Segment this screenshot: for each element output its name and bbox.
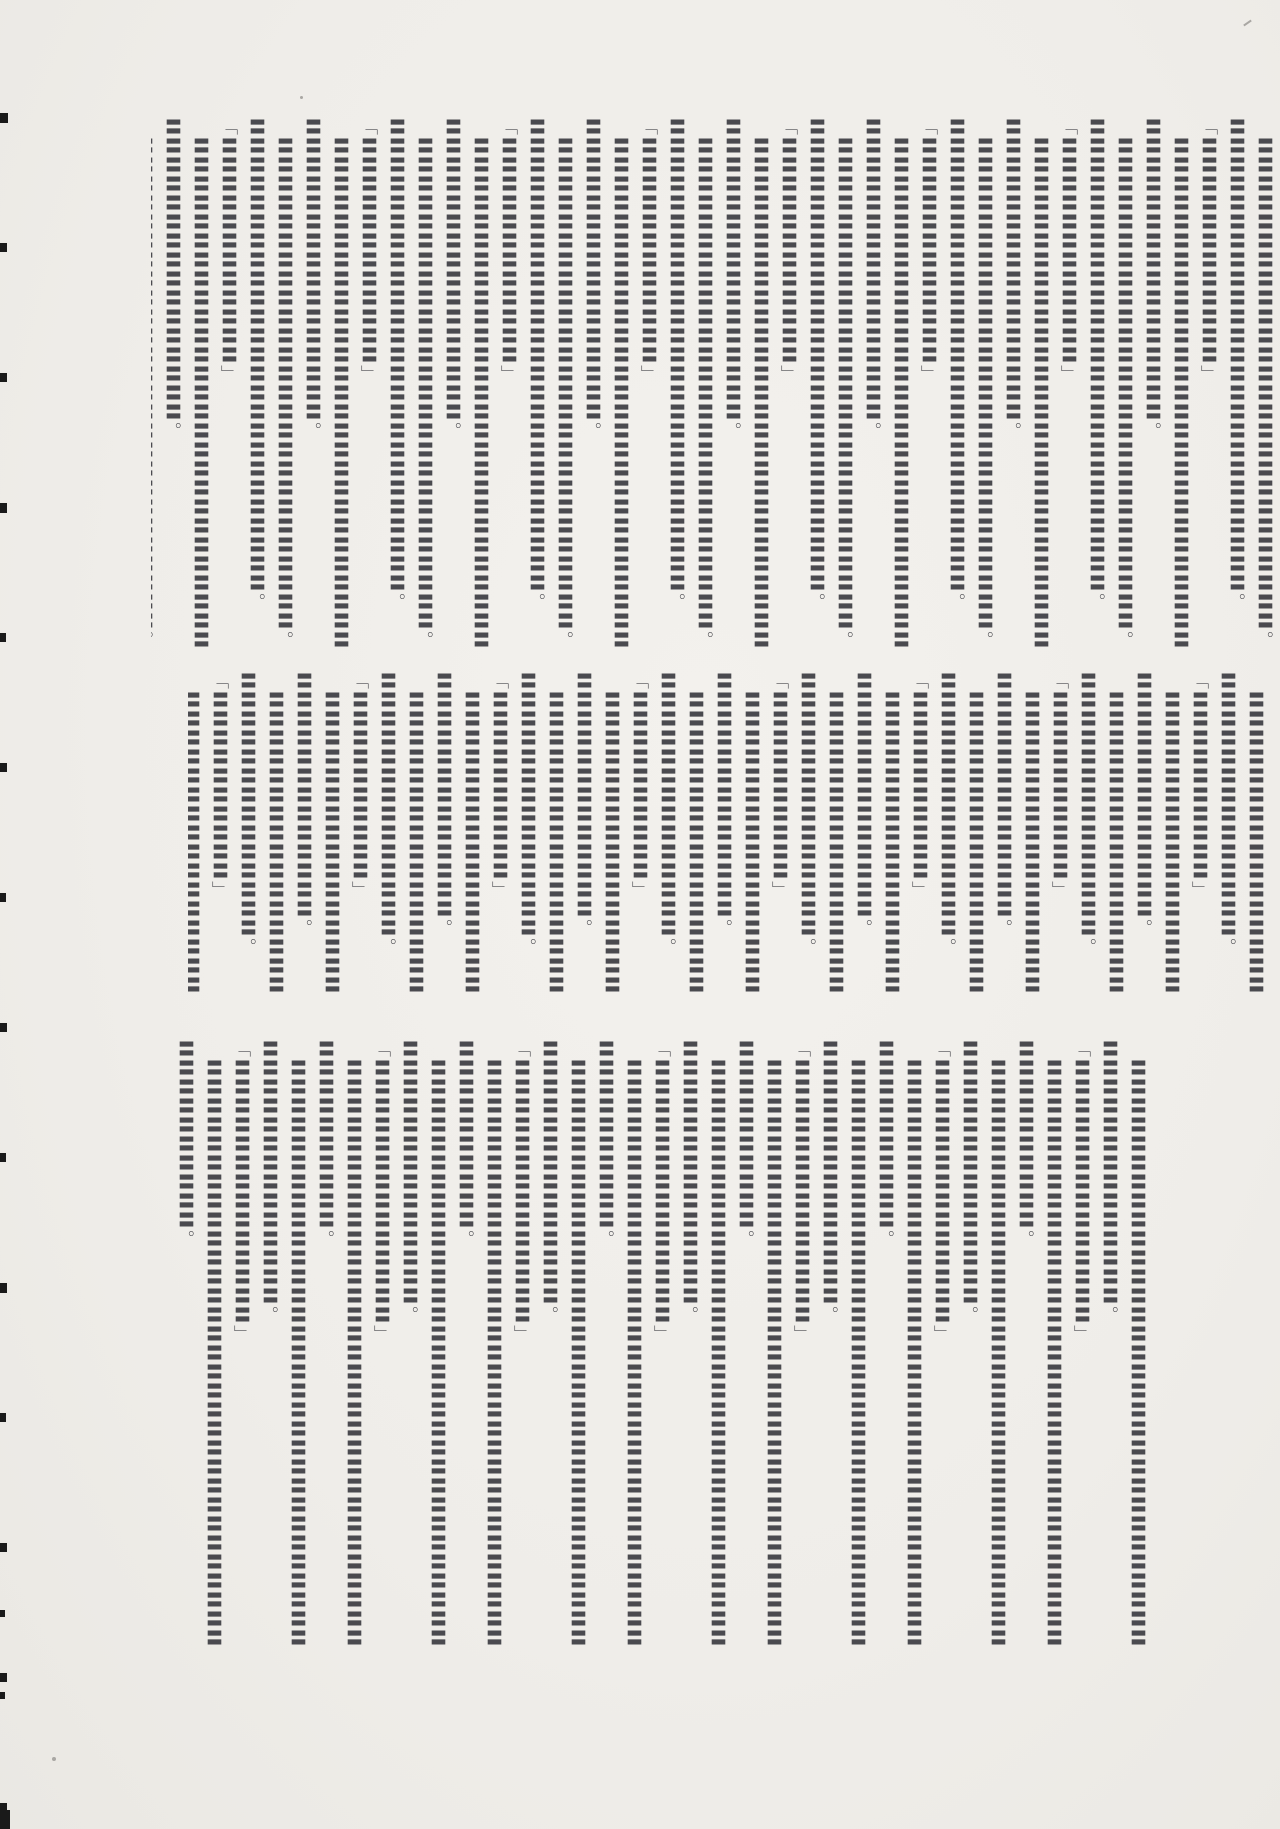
- scan-artifact: [0, 633, 6, 642]
- text-block-bottom: 〓〓〓〓〓〓〓〓〓〓〓〓〓〓〓〓〓〓〓〓〓〓〓〓〓〓〓〓〓〓〓〓〓〓〓〓〓〓〓〓…: [168, 1040, 1150, 1662]
- scan-artifact: [0, 1413, 6, 1422]
- text-block-top: 〓〓〓〓〓〓〓〓〓〓〓〓〓〓〓〓〓〓〓〓〓〓〓〓〓〓。〓〓〓〓〓〓〓〓〓〓〓〓〓…: [151, 118, 1277, 664]
- scan-artifact: [52, 1757, 56, 1761]
- scan-artifact: [0, 243, 7, 252]
- scan-artifact: [0, 1692, 5, 1699]
- text-block-middle: 〓〓〓〓〓〓〓〓〓〓〓〓〓〓〓〓〓〓〓〓〓〓〓〓〓〓〓〓〓〓。 「〓〓〓〓〓〓〓…: [188, 672, 1268, 1008]
- scan-artifact: [0, 1810, 10, 1829]
- scan-artifact: [0, 1673, 7, 1682]
- scan-artifact: [0, 113, 8, 123]
- scan-artifact: [0, 1023, 7, 1032]
- scan-artifact: [0, 763, 7, 772]
- scanned-page: 〓〓〓〓〓〓〓〓〓〓〓〓〓〓〓〓〓〓〓〓〓〓〓〓〓〓。〓〓〓〓〓〓〓〓〓〓〓〓〓…: [0, 0, 1280, 1829]
- scan-artifact: [300, 96, 303, 99]
- scan-artifact: [0, 1610, 5, 1617]
- scan-artifact: [0, 503, 7, 513]
- scan-artifact: [0, 1153, 6, 1162]
- scan-artifact: [0, 1283, 7, 1293]
- scan-artifact: [0, 893, 6, 902]
- scan-artifact: [1243, 20, 1252, 27]
- scan-artifact: [0, 1543, 7, 1552]
- scan-artifact: [0, 373, 7, 382]
